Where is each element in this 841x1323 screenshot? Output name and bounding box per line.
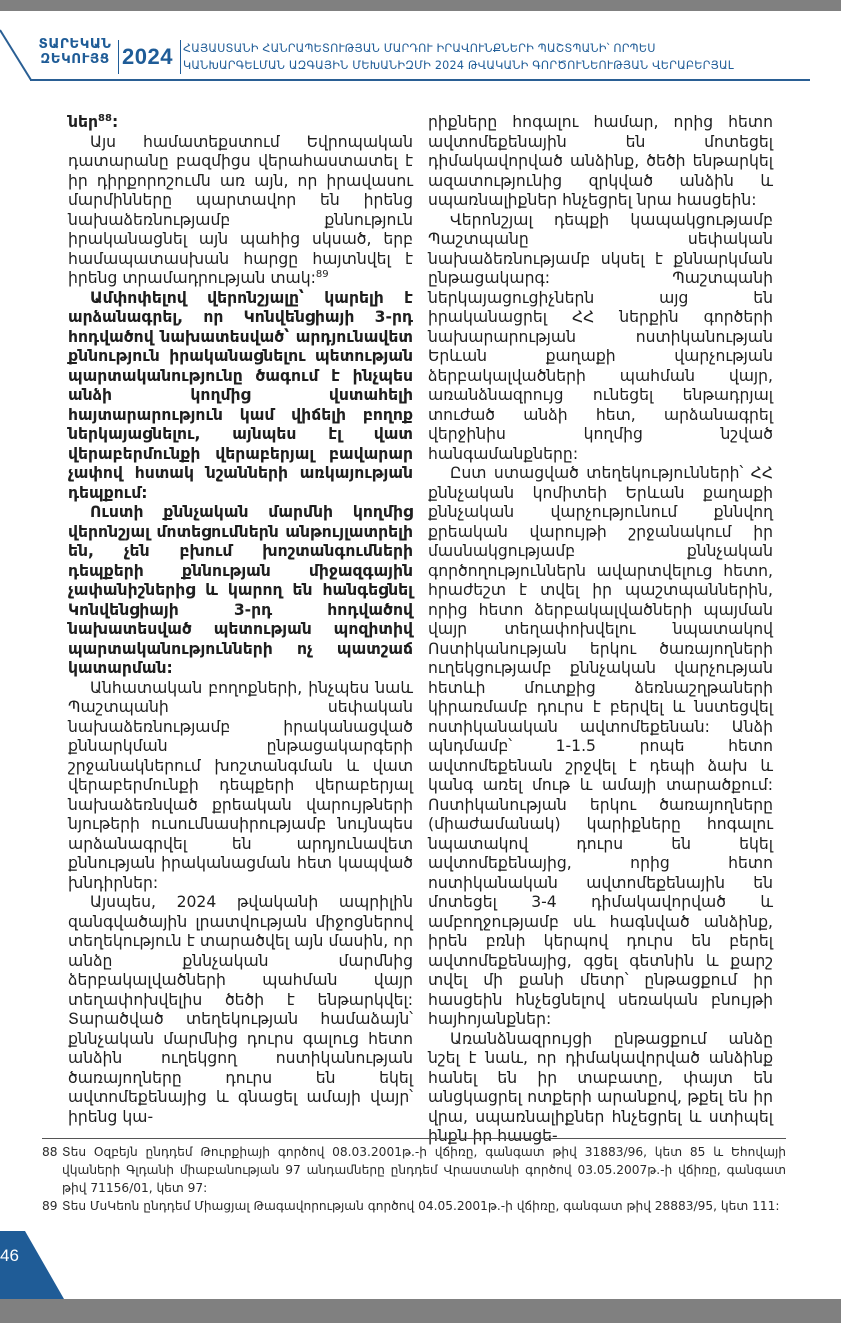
footnote-text: Տես ՄսԿեոն ընդդեմ Միացյալ Թագավորության … bbox=[62, 1197, 786, 1215]
footnote-ref-88[interactable]: 88 bbox=[98, 113, 112, 124]
paragraph-continuation: րիքները հոգալու համար, որից հետո ավտոմեք… bbox=[428, 113, 773, 211]
header-separator bbox=[118, 40, 119, 74]
paragraph-bold-conclusion: Ուստի քննչական մարմնի կողմից վերոնշյալ մ… bbox=[68, 503, 413, 679]
footnote-ref-89[interactable]: 89 bbox=[316, 269, 329, 280]
paragraph-continuation: ներ88: bbox=[68, 113, 413, 133]
top-gray-bar bbox=[0, 0, 841, 11]
footnote-number: 88 bbox=[42, 1143, 62, 1197]
paragraph-bold-summary: Ամփոփելով վերոնշյալը՝ կարելի է արձանագրե… bbox=[68, 289, 413, 504]
report-title: ՀԱՅԱՍՏԱՆԻ ՀԱՆՐԱՊԵՏՈՒԹՅԱՆ ՄԱՐԴՈՒ ԻՐԱՎՈՒՆՔ… bbox=[183, 40, 734, 74]
paragraph: Ըստ ստացված տեղեկությունների՝ ՀՀ քննչակա… bbox=[428, 464, 773, 1030]
left-column: ներ88: Այս համատեքստում Եվրոպական դատարա… bbox=[68, 113, 413, 1127]
footnote-89: 89 Տես ՄսԿեոն ընդդեմ Միացյալ Թագավորությ… bbox=[42, 1197, 786, 1215]
paragraph: Անհատական բողոքների, ինչպես նաև Պաշտպանի… bbox=[68, 679, 413, 894]
footnote-88: 88 Տես Օզբեյն ընդդեմ Թուրքիայի գործով 08… bbox=[42, 1143, 786, 1197]
footnote-text: Տես Օզբեյն ընդդեմ Թուրքիայի գործով 08.03… bbox=[62, 1143, 786, 1197]
page-header: ՏԱՐԵԿԱՆ ԶԵԿՈՒՅՑ 2024 ՀԱՅԱՍՏԱՆԻ ՀԱՆՐԱՊԵՏՈ… bbox=[0, 28, 841, 80]
report-year: 2024 bbox=[122, 44, 173, 70]
report-title-line-1: ՀԱՅԱՍՏԱՆԻ ՀԱՆՐԱՊԵՏՈՒԹՅԱՆ ՄԱՐԴՈՒ ԻՐԱՎՈՒՆՔ… bbox=[183, 40, 734, 57]
paragraph: Այս համատեքստում Եվրոպական դատարանը բազմ… bbox=[68, 133, 413, 289]
brand-line-1: ՏԱՐԵԿԱՆ bbox=[30, 37, 120, 52]
brand-line-2: ԶԵԿՈՒՅՑ bbox=[30, 52, 120, 67]
report-brand: ՏԱՐԵԿԱՆ ԶԵԿՈՒՅՑ bbox=[30, 37, 120, 67]
header-underline bbox=[30, 79, 810, 81]
footnote-number: 89 bbox=[42, 1197, 62, 1215]
page-number: 46 bbox=[0, 1246, 19, 1266]
paragraph: Այսպես, 2024 թվականի ապրիլին զանգվածային… bbox=[68, 893, 413, 1127]
bottom-gray-bar bbox=[0, 1299, 841, 1323]
paragraph: Վերոնշյալ դեպքի կապակցությամբ Պաշտպանը ս… bbox=[428, 211, 773, 465]
report-title-line-2: ԿԱՆԽԱՐԳԵԼՄԱՆ ԱԶԳԱՅԻՆ ՄԵԽԱՆԻԶՄԻ 2024 ԹՎԱԿ… bbox=[183, 57, 734, 74]
right-column: րիքները հոգալու համար, որից հետո ավտոմեք… bbox=[428, 113, 773, 1147]
header-separator bbox=[180, 40, 181, 74]
paragraph: Առանձնազրույցի ընթացքում անձը նշել է նաև… bbox=[428, 1030, 773, 1147]
footnotes: 88 Տես Օզբեյն ընդդեմ Թուրքիայի գործով 08… bbox=[42, 1143, 786, 1215]
footnote-divider bbox=[42, 1138, 786, 1139]
